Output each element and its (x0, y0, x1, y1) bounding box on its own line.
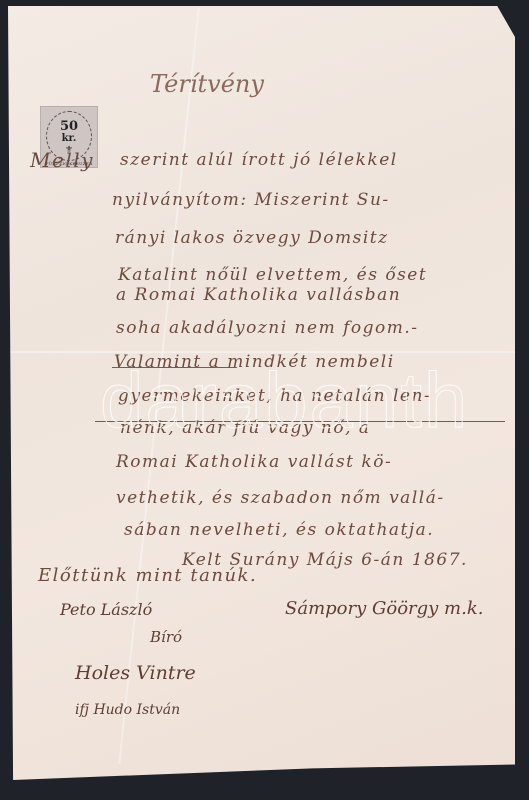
stamp-value: 50 (41, 119, 97, 134)
signature-role: Bíró (150, 628, 182, 646)
body-line: Romai Katholika vallást kö- (116, 452, 392, 472)
body-line: szerint alúl írott jó lélekkel (120, 150, 398, 170)
body-line: rányi lakos özvegy Domsitz (115, 228, 389, 248)
witness-heading: Előttünk mint tanúk. (38, 565, 257, 586)
body-line: soha akadályozni nem fogom.- (116, 318, 419, 338)
signature-left-1: Peto László (60, 600, 152, 619)
margin-note: Melly (30, 148, 94, 172)
body-line: a Romai Katholika vallásban (116, 285, 401, 305)
body-line: vethetik, és szabadon nőm vallá- (116, 488, 445, 508)
signature-left-3: ifj Hudo István (75, 702, 180, 718)
signature-right: Sámpory Göörgy m.k. (285, 598, 483, 619)
signature-left-2: Holes Vintre (75, 662, 196, 684)
stamp-unit: kr. (41, 133, 97, 144)
body-line: Katalint nőül elvettem, és őset (118, 265, 427, 285)
body-line: sában nevelheti, és oktathatja. (124, 520, 434, 540)
document-title: Térítvény (150, 70, 264, 98)
watermark: darabanth (100, 355, 469, 446)
body-line: nyilványítom: Miszerint Su- (112, 190, 390, 210)
